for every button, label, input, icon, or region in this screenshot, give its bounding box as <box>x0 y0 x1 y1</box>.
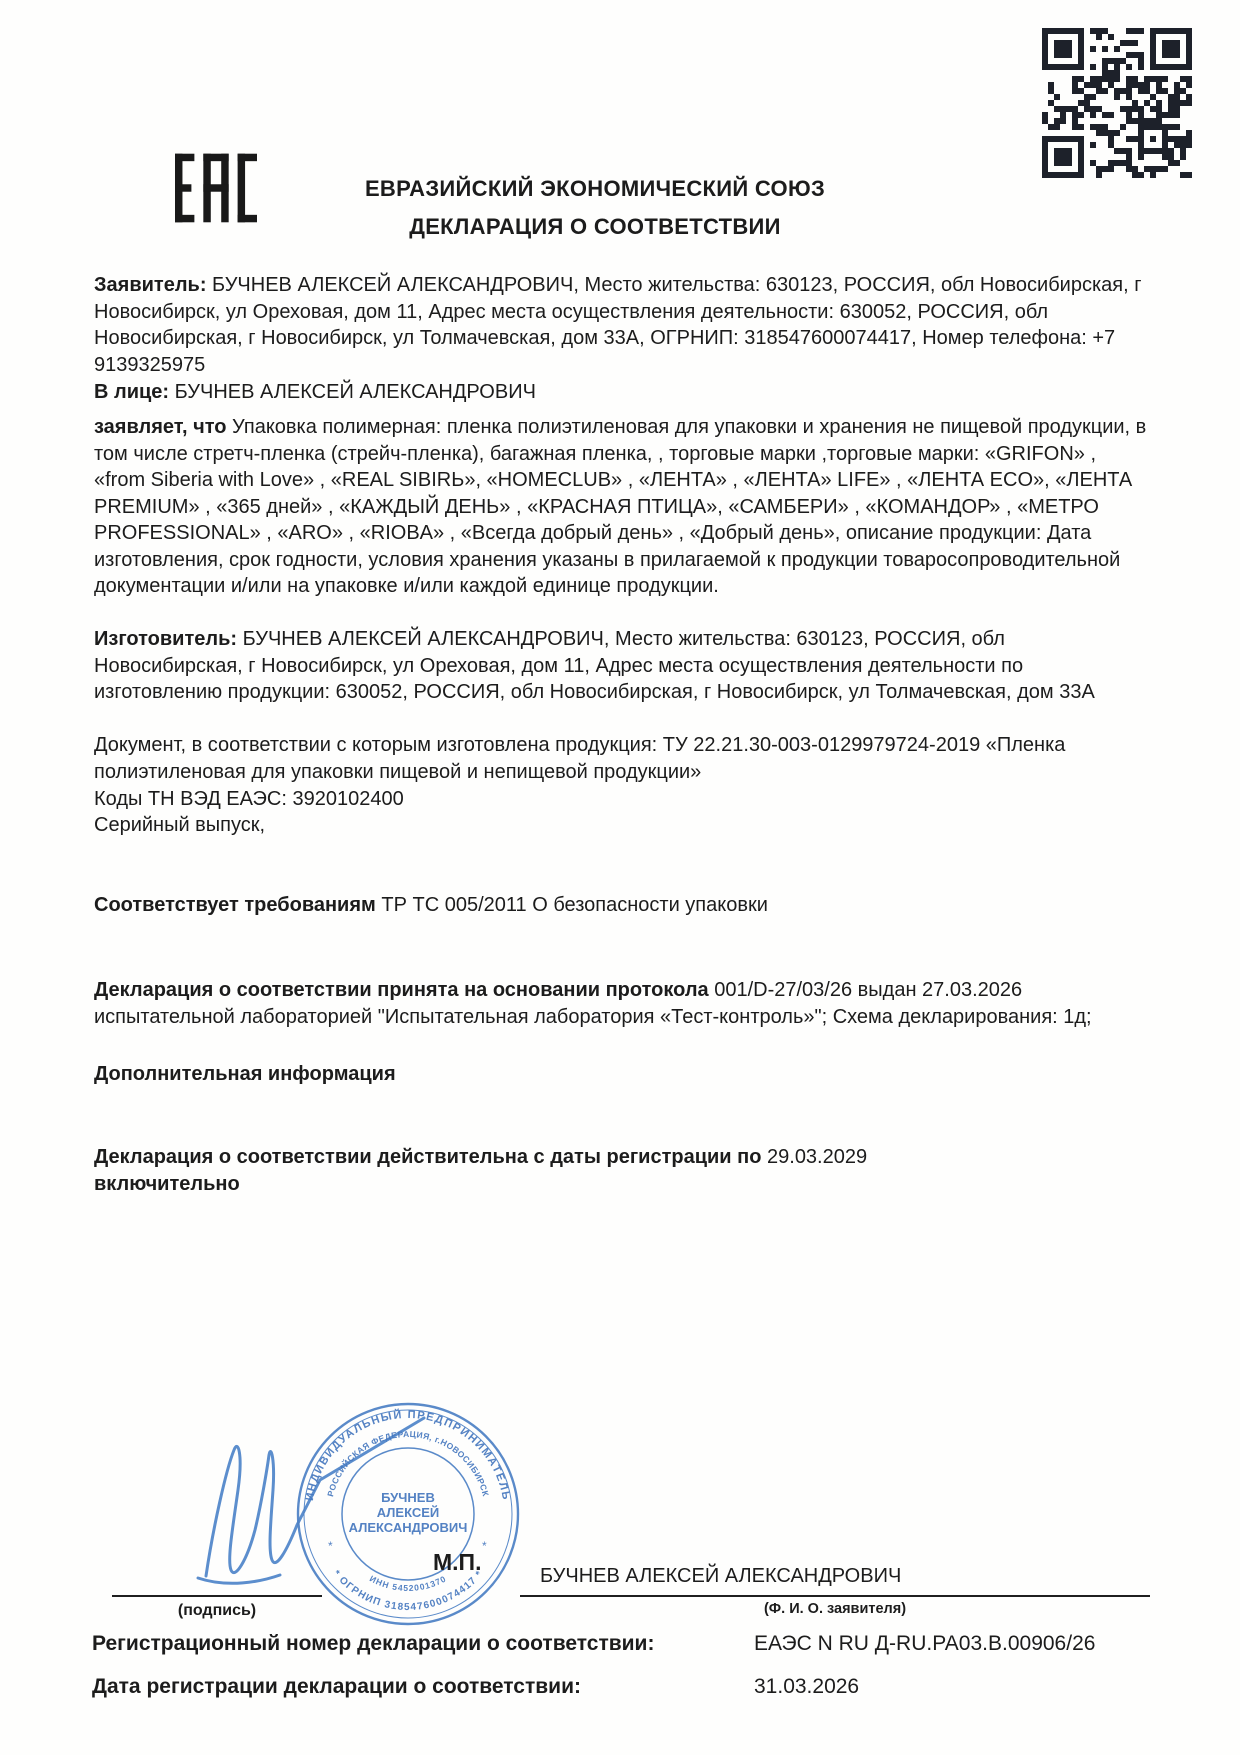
declares-label: заявляет, что <box>94 416 227 438</box>
complies-paragraph: Соответствует требованиям ТР ТС 005/2011… <box>94 892 1152 919</box>
declaration-document-page: ЕВРАЗИЙСКИЙ ЭКОНОМИЧЕСКИЙ СОЮЗ ДЕКЛАРАЦИ… <box>0 0 1240 1755</box>
registration-number-value: ЕАЭС N RU Д-RU.РА03.В.00906/26 <box>754 1632 1095 1656</box>
applicant-label: Заявитель: <box>94 274 207 296</box>
manufacturer-text: БУЧНЕВ АЛЕКСЕЙ АЛЕКСАНДРОВИЧ, Место жите… <box>94 628 1095 703</box>
declares-text: Упаковка полимерная: пленка полиэтиленов… <box>94 416 1146 597</box>
registration-number-label: Регистрационный номер декларации о соотв… <box>92 1632 654 1656</box>
registration-date-value: 31.03.2026 <box>754 1675 859 1699</box>
stamp-star-right: * <box>482 1539 487 1553</box>
signature-caption: (подпись) <box>112 1602 322 1620</box>
stamp-center-name-1: БУЧНЕВ <box>381 1490 435 1505</box>
basis-paragraph: Декларация о соответствии принята на осн… <box>94 977 1152 1030</box>
additional-info-heading: Дополнительная информация <box>94 1061 1152 1088</box>
validity-paragraph: Декларация о соответствии действительна … <box>94 1144 1152 1197</box>
complies-text: ТР ТС 005/2011 О безопасности упаковки <box>376 894 768 916</box>
stamp-center-name-3: АЛЕКСАНДРОВИЧ <box>349 1520 468 1535</box>
validity-date: 29.03.2029 <box>761 1146 867 1168</box>
stamp-inner-bottom-text: ИНН 5452001370 <box>368 1573 448 1593</box>
applicant-text: БУЧНЕВ АЛЕКСЕЙ АЛЕКСАНДРОВИЧ, Место жите… <box>94 274 1142 376</box>
validity-label: Декларация о соответствии действительна … <box>94 1146 761 1168</box>
name-line <box>520 1595 1150 1597</box>
registration-date-label: Дата регистрации декларации о соответств… <box>92 1675 581 1699</box>
manufacturer-paragraph: Изготовитель: БУЧНЕВ АЛЕКСЕЙ АЛЕКСАНДРОВ… <box>94 626 1152 706</box>
tnved-codes-line: Коды ТН ВЭД ЕАЭС: 3920102400 <box>94 786 1152 813</box>
name-caption: (Ф. И. О. заявителя) <box>520 1601 1150 1617</box>
applicant-full-name: БУЧНЕВ АЛЕКСЕЙ АЛЕКСАНДРОВИЧ <box>540 1565 901 1588</box>
round-stamp: ИНДИВИДУАЛЬНЫЙ ПРЕДПРИНИМАТЕЛЬ * ОГРНИП … <box>292 1398 524 1630</box>
document-subtitle: ДЕКЛАРАЦИЯ О СООТВЕТСТВИИ <box>60 214 1130 240</box>
complies-label: Соответствует требованиям <box>94 894 376 916</box>
in-person-label: В лице: <box>94 381 169 403</box>
stamp-center-name-2: АЛЕКСЕЙ <box>377 1505 440 1520</box>
document-title: ЕВРАЗИЙСКИЙ ЭКОНОМИЧЕСКИЙ СОЮЗ <box>60 176 1130 202</box>
seal-here-label: М.П. <box>433 1549 481 1576</box>
applicant-paragraph: Заявитель: БУЧНЕВ АЛЕКСЕЙ АЛЕКСАНДРОВИЧ,… <box>94 272 1152 378</box>
product-document-line: Документ, в соответствии с которым изгот… <box>94 732 1152 785</box>
basis-label: Декларация о соответствии принята на осн… <box>94 979 709 1001</box>
validity-suffix: включительно <box>94 1173 240 1195</box>
in-person-paragraph: В лице: БУЧНЕВ АЛЕКСЕЙ АЛЕКСАНДРОВИЧ <box>94 379 1152 406</box>
manufacturer-label: Изготовитель: <box>94 628 237 650</box>
qr-code <box>1040 28 1194 178</box>
declares-paragraph: заявляет, что Упаковка полимерная: пленк… <box>94 414 1152 600</box>
serial-issue-line: Серийный выпуск, <box>94 812 1152 839</box>
stamp-star-left: * <box>328 1539 333 1553</box>
in-person-text: БУЧНЕВ АЛЕКСЕЙ АЛЕКСАНДРОВИЧ <box>169 381 536 403</box>
